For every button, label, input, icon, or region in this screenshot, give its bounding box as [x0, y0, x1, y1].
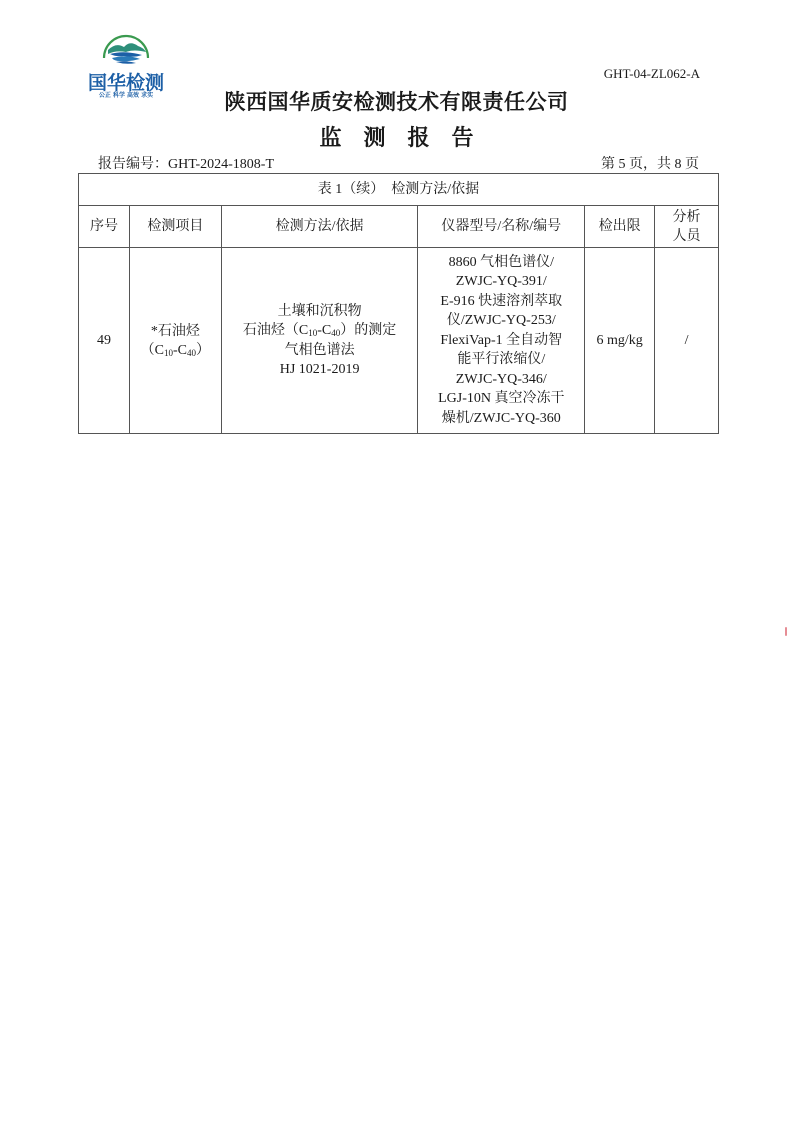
detection-methods-table: 表 1（续） 检测方法/依据 序号 检测项目 检测方法/依据 仪器型号/名称/编… — [78, 173, 719, 434]
table-row: 49 *石油烃 （C10-C40） 土壤和沉积物 石油烃（C10-C40）的测定… — [79, 248, 719, 434]
cell-instrument: 8860 气相色谱仪/ ZWJC-YQ-391/ E-916 快速溶剂萃取 仪/… — [418, 248, 585, 434]
table-header-row: 序号 检测项目 检测方法/依据 仪器型号/名称/编号 检出限 分析 人员 — [79, 206, 719, 248]
table-caption: 表 1（续） 检测方法/依据 — [79, 174, 719, 206]
mountain-lake-emblem-icon — [94, 28, 158, 68]
cell-analyst: / — [655, 248, 719, 434]
column-header-item: 检测项目 — [129, 206, 221, 248]
column-header-index: 序号 — [79, 206, 130, 248]
cell-method: 土壤和沉积物 石油烃（C10-C40）的测定 气相色谱法 HJ 1021-201… — [221, 248, 418, 434]
form-code: GHT-04-ZL062-A — [604, 66, 700, 82]
page-info: 第 5 页，共 8 页 — [601, 153, 699, 173]
column-header-analyst: 分析 人员 — [655, 206, 719, 248]
report-number-label: 报告编号： — [98, 157, 168, 172]
column-header-instrument: 仪器型号/名称/编号 — [418, 206, 585, 248]
company-name: 陕西国华质安检测技术有限责任公司 — [0, 86, 793, 116]
report-number-value: GHT-2024-1808-T — [168, 157, 274, 172]
cell-detection-limit: 6 mg/kg — [585, 248, 655, 434]
cell-item: *石油烃 （C10-C40） — [129, 248, 221, 434]
column-header-method: 检测方法/依据 — [221, 206, 418, 248]
report-number: 报告编号：GHT-2024-1808-T — [98, 153, 274, 173]
report-title: 监测报告 — [0, 121, 793, 152]
item-formula: （C10-C40） — [130, 341, 221, 360]
column-header-detection-limit: 检出限 — [585, 206, 655, 248]
cell-index: 49 — [79, 248, 130, 434]
scan-mark — [785, 627, 787, 636]
